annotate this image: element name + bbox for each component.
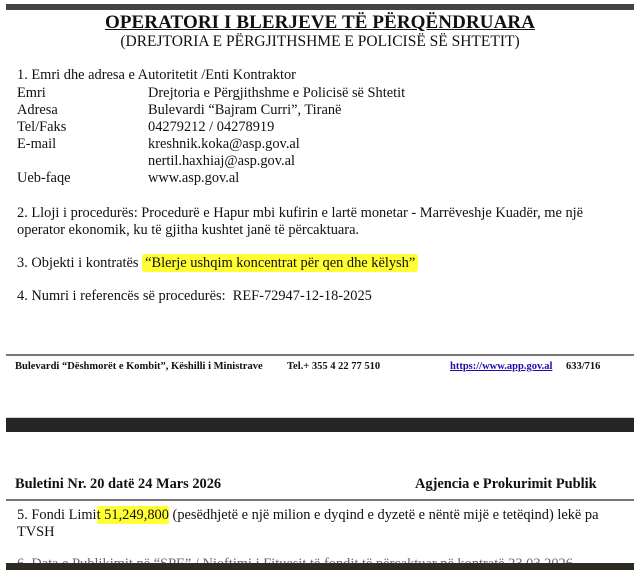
top-bar: [6, 4, 634, 10]
value-address: Bulevardi “Bajram Curri”, Tiranë: [148, 101, 341, 119]
fund-limit-highlight: t 51,249,800: [97, 506, 169, 524]
value-email-2[interactable]: nertil.haxhiaj@asp.gov.al: [148, 152, 295, 170]
footer-link[interactable]: https://www.app.gov.al: [450, 361, 552, 372]
footer-address: Bulevardi “Dëshmorët e Kombit”, Këshilli…: [15, 361, 263, 372]
header-rule: [6, 499, 634, 501]
label-address: Adresa: [17, 101, 58, 119]
section3-label: 3. Objekti i kontratës: [17, 255, 139, 271]
agency-name: Agjencia e Prokurimit Publik: [415, 476, 597, 493]
page-separator: [6, 417, 634, 432]
contract-object-highlight: “Blerje ushqim koncentrat për qen dhe kë…: [142, 254, 418, 272]
label-phone: Tel/Faks: [17, 118, 66, 136]
fund-limit-amount: 51,249,800: [104, 507, 169, 523]
section1-heading: 1. Emri dhe adresa e Autoritetit /Enti K…: [17, 66, 296, 84]
section4: 4. Numri i referencës së procedurës: REF…: [17, 287, 372, 305]
value-email-1[interactable]: kreshnik.koka@asp.gov.al: [148, 135, 300, 153]
label-website: Ueb-faqe: [17, 169, 71, 187]
page-number: 633/716: [566, 361, 600, 372]
document-title: OPERATORI I BLERJEVE TË PËRQËNDRUARA: [0, 12, 640, 34]
section2-line2: operator ekonomik, ku të gjitha kushtet …: [17, 221, 359, 239]
value-phone: 04279212 / 04278919: [148, 118, 274, 136]
section4-label: 4. Numri i referencës së procedurës:: [17, 288, 226, 304]
section2-line1: 2. Lloji i procedurës: Procedurë e Hapur…: [17, 204, 583, 222]
value-name: Drejtoria e Përgjithshme e Policisë së S…: [148, 84, 405, 102]
footer-rule: [6, 354, 634, 356]
bottom-bar: [6, 563, 634, 570]
label-name: Emri: [17, 84, 46, 102]
document-subtitle: (DREJTORIA E PËRGJITHSHME E POLICISË SË …: [0, 33, 640, 51]
section5-line2: TVSH: [17, 523, 55, 541]
section5-line1: 5. Fondi Limit 51,249,800 (pesëdhjetë e …: [17, 506, 599, 524]
footer-phone: Tel.+ 355 4 22 77 510: [287, 361, 380, 372]
section3: 3. Objekti i kontratës “Blerje ushqim ko…: [17, 254, 418, 272]
bulletin-info: Buletini Nr. 20 datë 24 Mars 2026: [15, 476, 221, 493]
footer-link-wrap: https://www.app.gov.al: [450, 361, 552, 372]
value-website[interactable]: www.asp.gov.al: [148, 169, 239, 187]
label-email: E-mail: [17, 135, 56, 153]
reference-number: REF-72947-12-18-2025: [233, 288, 372, 304]
